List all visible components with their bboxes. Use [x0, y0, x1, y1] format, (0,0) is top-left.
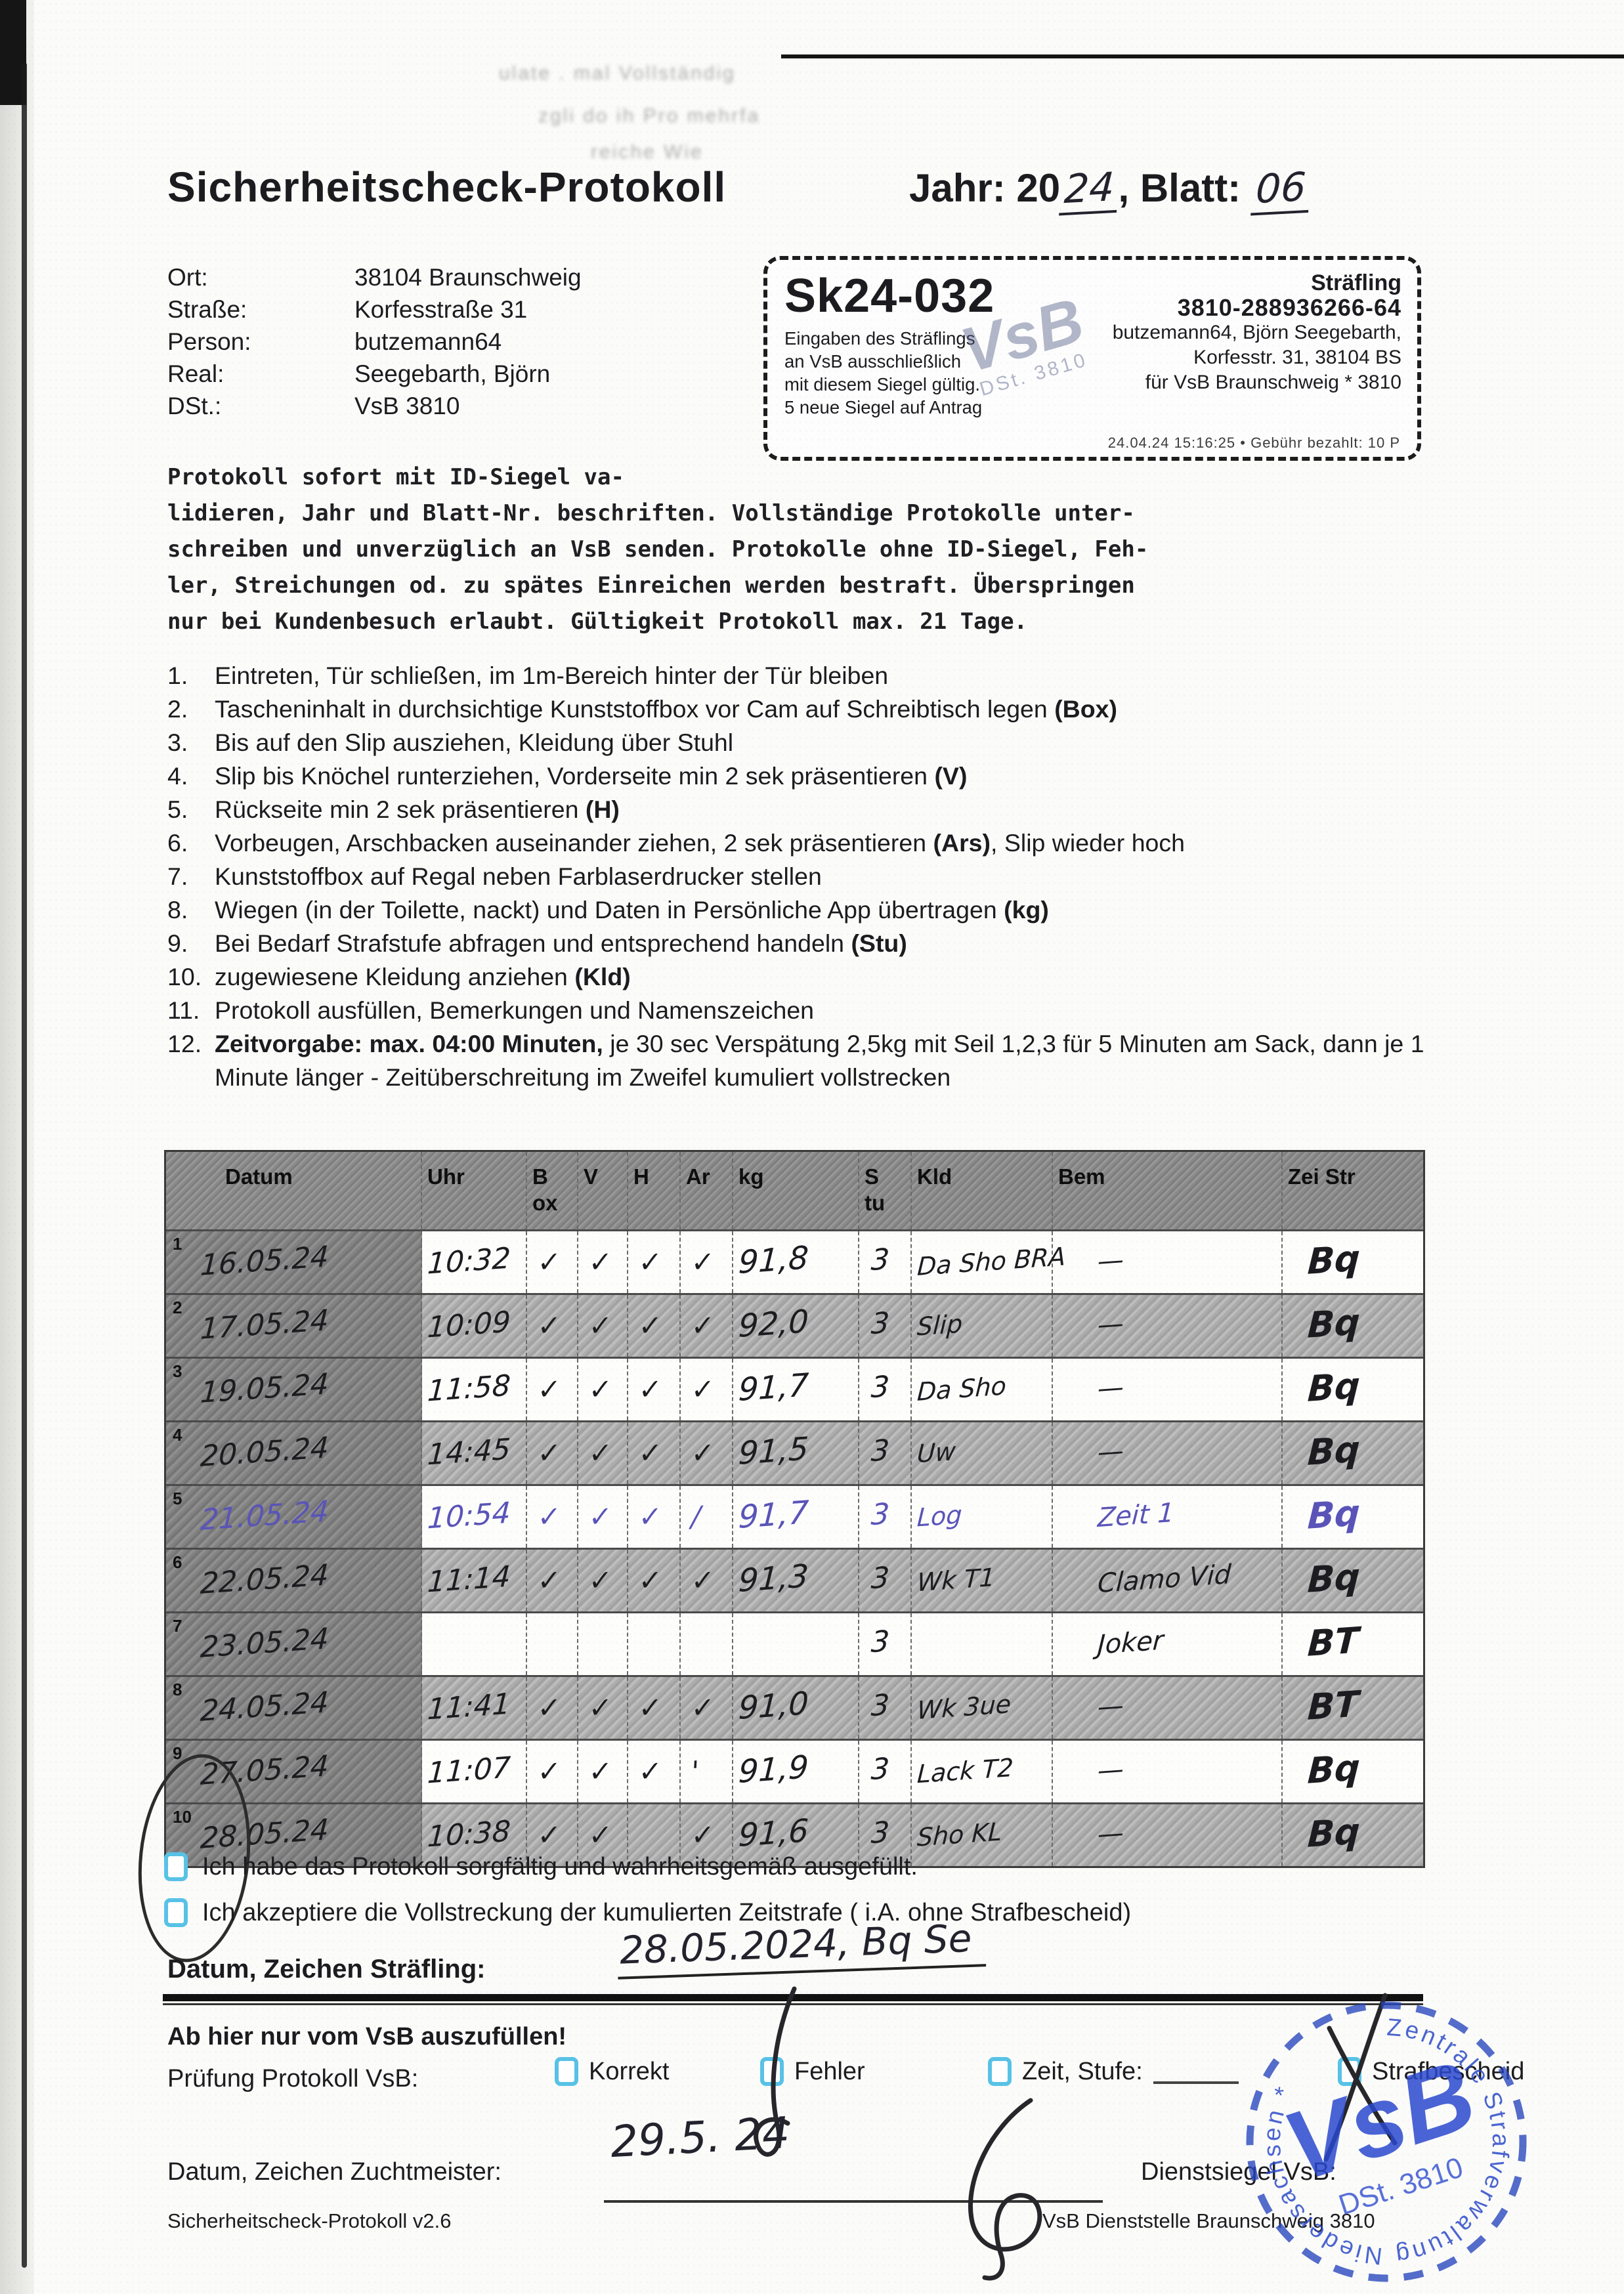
table-row: 824.05.2411:41✓✓✓✓91,03Wk 3ue—BT	[166, 1677, 1423, 1741]
table-cell: Bq	[1283, 1231, 1423, 1293]
table-cell: '	[681, 1741, 733, 1802]
seal-subject-line: Korfesstr. 31, 38104 BS	[1113, 345, 1401, 370]
procedure-step: 7.Kunststoffbox auf Regal neben Farblase…	[167, 860, 1428, 893]
table-cell: /	[681, 1486, 733, 1548]
table-cell: 10:09	[422, 1295, 527, 1357]
table-cell: 3	[859, 1359, 912, 1420]
address-row: Person:butzemann64	[167, 326, 582, 358]
row-number: 3	[173, 1361, 182, 1382]
row-number: 7	[173, 1616, 182, 1636]
zuchtmeister-signature	[919, 2087, 1090, 2284]
address-value: butzemann64	[354, 326, 502, 358]
table-cell: Bq	[1283, 1741, 1423, 1802]
step-number: 12.	[167, 1027, 215, 1094]
step-number: 5.	[167, 793, 215, 826]
intro-line: lidieren, Jahr und Blatt-Nr. beschriften…	[167, 496, 1434, 532]
step-number: 1.	[167, 659, 215, 692]
table-cell: ✓	[681, 1359, 733, 1420]
address-row: Ort:38104 Braunschweig	[167, 261, 582, 293]
table-cell: Bq	[1283, 1486, 1423, 1548]
table-cell: 11:58	[422, 1359, 527, 1420]
table-cell: Bq	[1283, 1359, 1423, 1420]
step-text: Vorbeugen, Arschbacken auseinander ziehe…	[215, 826, 1428, 860]
seal-subject-block: Sträfling 3810-288936266-64 butzemann64,…	[1113, 270, 1401, 395]
table-cell: 91,3	[733, 1550, 859, 1611]
step-text: Bis auf den Slip ausziehen, Kleidung übe…	[215, 726, 1428, 759]
step-text: Eintreten, Tür schließen, im 1m-Bereich …	[215, 659, 1428, 692]
row-number: 8	[173, 1680, 182, 1700]
seal-number: 3810-288936266-64	[1113, 295, 1401, 320]
procedure-step: 4.Slip bis Knöchel runterziehen, Vorders…	[167, 759, 1428, 793]
step-text: Slip bis Knöchel runterziehen, Vordersei…	[215, 759, 1428, 793]
procedure-steps-list: 1.Eintreten, Tür schließen, im 1m-Bereic…	[167, 659, 1428, 1094]
noise-fragment: reiche Wie	[591, 141, 704, 163]
table-cell: ✓	[628, 1295, 681, 1357]
table-cell: ✓	[628, 1422, 681, 1484]
table-cell: 10:54	[422, 1486, 527, 1548]
table-cell: 3	[859, 1550, 912, 1611]
row-number: 4	[173, 1425, 182, 1445]
table-row: 622.05.2411:14✓✓✓✓91,33Wk T1Clamo VidBq	[166, 1550, 1423, 1613]
table-cell: 10:32	[422, 1231, 527, 1293]
scan-top-rule	[781, 54, 1624, 58]
vsb-service-stamp: Zentrale Strafverwaltung Niedersachsen *…	[1222, 1987, 1550, 2294]
zeit-checkbox	[988, 2057, 1012, 2086]
table-cell: —	[1053, 1741, 1283, 1802]
procedure-step: 10.zugewiesene Kleidung anziehen (Kld)	[167, 960, 1428, 994]
table-cell: 11:41	[422, 1677, 527, 1739]
zuchtmeister-label: Datum, Zeichen Zuchtmeister:	[167, 2158, 502, 2186]
address-row: Straße:Korfesstraße 31	[167, 293, 582, 326]
table-cell: ✓	[527, 1677, 578, 1739]
table-cell: ✓	[578, 1486, 628, 1548]
table-cell: 91,5	[733, 1422, 859, 1484]
table-cell: Lack T2	[912, 1741, 1053, 1802]
table-cell	[628, 1613, 681, 1675]
table-row: 319.05.2411:58✓✓✓✓91,73Da Sho—Bq	[166, 1359, 1423, 1422]
address-value: VsB 3810	[354, 390, 459, 422]
step-text: zugewiesene Kleidung anziehen (Kld)	[215, 960, 1428, 994]
table-cell: 91,7	[733, 1486, 859, 1548]
table-header-cell: Box	[527, 1152, 578, 1229]
table-cell: —	[1053, 1359, 1283, 1420]
address-label: DSt.:	[167, 390, 354, 422]
table-cell: ✓	[527, 1295, 578, 1357]
table-header-cell: Bem	[1053, 1152, 1283, 1229]
table-cell: Wk 3ue	[912, 1677, 1053, 1739]
table-row: 420.05.2414:45✓✓✓✓91,53Uw—Bq	[166, 1422, 1423, 1486]
procedure-step: 5.Rückseite min 2 sek präsentieren (H)	[167, 793, 1428, 826]
step-number: 11.	[167, 994, 215, 1027]
korrekt-checkbox	[555, 2057, 578, 2086]
table-cell: Da Sho	[912, 1359, 1053, 1420]
table-cell: Bq	[1283, 1550, 1423, 1611]
table-cell: ✓	[527, 1359, 578, 1420]
table-cell: Bq	[1283, 1804, 1423, 1866]
confirm-checkbox-2	[164, 1898, 188, 1927]
table-header-cell: Kld	[912, 1152, 1053, 1229]
address-label: Ort:	[167, 261, 354, 293]
sheet-handwritten: 06	[1250, 164, 1311, 216]
table-cell: —	[1053, 1804, 1283, 1866]
table-cell: 3	[859, 1231, 912, 1293]
intro-line: schreiben und unverzüglich an VsB senden…	[167, 532, 1434, 568]
table-cell: 3	[859, 1677, 912, 1739]
scan-edge-strip	[0, 0, 34, 2294]
noise-fragment: zgli do ih Pro mehrfa	[538, 105, 760, 127]
table-cell: ✓	[681, 1550, 733, 1611]
row-number: 5	[173, 1489, 182, 1509]
table-header-cell: Datum	[166, 1152, 422, 1229]
table-cell: 3	[859, 1422, 912, 1484]
procedure-step: 1.Eintreten, Tür schließen, im 1m-Bereic…	[167, 659, 1428, 692]
address-row: Real:Seegebarth, Björn	[167, 358, 582, 390]
procedure-step: 11.Protokoll ausfüllen, Bemerkungen und …	[167, 994, 1428, 1027]
table-cell: ✓	[628, 1359, 681, 1420]
table-cell: Da Sho BRA	[912, 1231, 1053, 1293]
table-cell: Joker	[1053, 1613, 1283, 1675]
table-cell: ✓	[578, 1359, 628, 1420]
step-number: 8.	[167, 893, 215, 927]
table-cell: Bq	[1283, 1422, 1423, 1484]
table-header-row: DatumUhrBoxVHArkgStuKldBemZei Str	[166, 1152, 1423, 1231]
table-cell: ✓	[578, 1741, 628, 1802]
table-cell: 11:07	[422, 1741, 527, 1802]
table-header-cell: Zei Str	[1283, 1152, 1423, 1229]
table-cell: ✓	[681, 1422, 733, 1484]
procedure-step: 6.Vorbeugen, Arschbacken auseinander zie…	[167, 826, 1428, 860]
zeit-label: Zeit, Stufe:	[1022, 2058, 1143, 2086]
table-cell: 622.05.24	[166, 1550, 422, 1611]
address-value: Korfesstraße 31	[354, 293, 527, 326]
table-cell: 3	[859, 1295, 912, 1357]
korrekt-label: Korrekt	[589, 2058, 669, 2086]
table-cell: ✓	[628, 1486, 681, 1548]
address-label: Person:	[167, 326, 354, 358]
seal-subject-line: butzemann64, Björn Seegebarth,	[1113, 320, 1401, 345]
table-cell: 319.05.24	[166, 1359, 422, 1420]
step-number: 4.	[167, 759, 215, 793]
step-text: Kunststoffbox auf Regal neben Farblaserd…	[215, 860, 1428, 893]
table-cell	[912, 1613, 1053, 1675]
table-cell: ✓	[578, 1550, 628, 1611]
row-number: 6	[173, 1552, 182, 1573]
table-cell: Sho KL	[912, 1804, 1053, 1866]
table-cell: —	[1053, 1231, 1283, 1293]
address-row: DSt.:VsB 3810	[167, 390, 582, 422]
intro-line: ler, Streichungen od. zu spätes Einreich…	[167, 568, 1434, 604]
protocol-table: DatumUhrBoxVHArkgStuKldBemZei Str116.05.…	[164, 1150, 1425, 1868]
seal-role: Sträfling	[1113, 270, 1401, 295]
step-text: Bei Bedarf Strafstufe abfragen und entsp…	[215, 927, 1428, 960]
table-cell: BT	[1283, 1677, 1423, 1739]
table-cell: ✓	[527, 1422, 578, 1484]
table-cell: Zeit 1	[1053, 1486, 1283, 1548]
table-row: 723.05.243JokerBT	[166, 1613, 1423, 1677]
table-header-cell: Uhr	[422, 1152, 527, 1229]
option-korrekt: Korrekt	[555, 2057, 669, 2086]
confirm-checkbox-1	[164, 1852, 188, 1881]
prisoner-sign-label: Datum, Zeichen Sträfling:	[167, 1955, 486, 1984]
table-cell: ✓	[628, 1550, 681, 1611]
step-number: 10.	[167, 960, 215, 994]
table-row: 927.05.2411:07✓✓✓'91,93Lack T2—Bq	[166, 1741, 1423, 1804]
table-cell: —	[1053, 1422, 1283, 1484]
address-block: Ort:38104 BraunschweigStraße:Korfesstraß…	[167, 261, 582, 422]
step-text: Tascheninhalt in durchsichtige Kunststof…	[215, 692, 1428, 726]
table-cell: —	[1053, 1677, 1283, 1739]
id-seal-box: Sk24-032 Eingaben des Sträflingsan VsB a…	[763, 256, 1421, 461]
year-handwritten: 24	[1059, 164, 1119, 216]
table-cell: 14:45	[422, 1422, 527, 1484]
table-cell	[578, 1613, 628, 1675]
table-cell: ✓	[527, 1550, 578, 1611]
table-cell: Bq	[1283, 1295, 1423, 1357]
table-cell: ✓	[527, 1741, 578, 1802]
vsb-only-label: Ab hier nur vom VsB auszufüllen!	[167, 2023, 566, 2051]
confirm-label-1: Ich habe das Protokoll sorgfältig und wa…	[202, 1853, 918, 1881]
option-zeit-stufe: Zeit, Stufe:	[988, 2057, 1239, 2086]
year-prefix: Jahr: 20	[909, 166, 1060, 210]
table-cell: BT	[1283, 1613, 1423, 1675]
row-number: 1	[173, 1234, 182, 1254]
confirm-row-1: Ich habe das Protokoll sorgfältig und wa…	[164, 1852, 918, 1881]
address-value: 38104 Braunschweig	[354, 261, 582, 293]
table-cell: Slip	[912, 1295, 1053, 1357]
table-header-cell: kg	[733, 1152, 859, 1229]
intro-line: Protokoll sofort mit ID-Siegel va-	[167, 459, 1434, 496]
table-cell: ✓	[628, 1741, 681, 1802]
footer-version: Sicherheitscheck-Protokoll v2.6	[167, 2209, 451, 2233]
table-row: 521.05.2410:54✓✓✓/91,73LogZeit 1Bq	[166, 1486, 1423, 1550]
table-cell: 3	[859, 1741, 912, 1802]
procedure-step: 2.Tascheninhalt in durchsichtige Kunstst…	[167, 692, 1428, 726]
seal-subject-line: für VsB Braunschweig * 3810	[1113, 370, 1401, 395]
step-text: Zeitvorgabe: max. 04:00 Minuten, je 30 s…	[215, 1027, 1428, 1094]
confirm-row-2: Ich akzeptiere die Vollstreckung der kum…	[164, 1898, 1131, 1927]
table-cell: ✓	[628, 1677, 681, 1739]
procedure-step: 12.Zeitvorgabe: max. 04:00 Minuten, je 3…	[167, 1027, 1428, 1094]
table-cell: 116.05.24	[166, 1231, 422, 1293]
step-text: Rückseite min 2 sek präsentieren (H)	[215, 793, 1428, 826]
table-row: 217.05.2410:09✓✓✓✓92,03Slip—Bq	[166, 1295, 1423, 1359]
table-cell	[422, 1613, 527, 1675]
table-cell: 824.05.24	[166, 1677, 422, 1739]
sheet-prefix: , Blatt:	[1119, 166, 1241, 210]
pruefung-label: Prüfung Protokoll VsB:	[167, 2065, 418, 2093]
table-cell: 3	[859, 1486, 912, 1548]
year-sheet-line: Jahr: 2024, Blatt: 06	[909, 165, 1310, 214]
step-number: 7.	[167, 860, 215, 893]
table-cell: ✓	[681, 1295, 733, 1357]
zuchtmeister-date-handwriting: 29.5. 24	[609, 2108, 791, 2167]
table-cell: 420.05.24	[166, 1422, 422, 1484]
table-cell: 91,7	[733, 1359, 859, 1420]
scanned-document-page: ulate . mal Vollständigzgli do ih Pro me…	[0, 0, 1624, 2294]
intro-line: nur bei Kundenbesuch erlaubt. Gültigkeit…	[167, 604, 1434, 640]
intro-paragraph: Protokoll sofort mit ID-Siegel va-lidier…	[167, 459, 1434, 640]
seal-condition-line: 5 neue Siegel auf Antrag	[784, 396, 1403, 419]
table-cell: 723.05.24	[166, 1613, 422, 1675]
step-number: 3.	[167, 726, 215, 759]
table-cell: ✓	[527, 1231, 578, 1293]
noise-fragment: ulate . mal Vollständig	[499, 62, 736, 85]
table-cell: ✓	[578, 1677, 628, 1739]
table-header-cell: Ar	[681, 1152, 733, 1229]
table-cell: 92,0	[733, 1295, 859, 1357]
table-cell: Uw	[912, 1422, 1053, 1484]
table-cell: ✓	[578, 1422, 628, 1484]
seal-timestamp: 24.04.24 15:16:25 • Gebühr bezahlt: 10 P	[1108, 435, 1400, 452]
row-number: 9	[173, 1743, 182, 1764]
table-cell: 217.05.24	[166, 1295, 422, 1357]
table-cell: Wk T1	[912, 1550, 1053, 1611]
table-header-cell: V	[578, 1152, 628, 1229]
address-label: Straße:	[167, 293, 354, 326]
step-text: Wiegen (in der Toilette, nackt) und Date…	[215, 893, 1428, 927]
scan-line-artifact	[22, 62, 27, 2268]
table-row: 116.05.2410:32✓✓✓✓91,83Da Sho BRA—Bq	[166, 1231, 1423, 1295]
procedure-step: 8.Wiegen (in der Toilette, nackt) und Da…	[167, 893, 1428, 927]
table-cell: ✓	[527, 1486, 578, 1548]
row-number: 2	[173, 1298, 182, 1318]
table-cell: ✓	[681, 1231, 733, 1293]
table-cell: —	[1053, 1295, 1283, 1357]
confirm-label-2: Ich akzeptiere die Vollstreckung der kum…	[202, 1899, 1131, 1927]
table-cell: ✓	[578, 1295, 628, 1357]
table-cell	[527, 1613, 578, 1675]
page-title: Sicherheitscheck-Protokoll	[167, 163, 726, 211]
procedure-step: 3.Bis auf den Slip ausziehen, Kleidung ü…	[167, 726, 1428, 759]
table-cell: Clamo Vid	[1053, 1550, 1283, 1611]
table-cell: 3	[859, 1613, 912, 1675]
table-cell: ✓	[578, 1231, 628, 1293]
table-cell: 521.05.24	[166, 1486, 422, 1548]
table-cell: Log	[912, 1486, 1053, 1548]
table-header-cell: H	[628, 1152, 681, 1229]
procedure-step: 9.Bei Bedarf Strafstufe abfragen und ent…	[167, 927, 1428, 960]
table-cell: ✓	[681, 1677, 733, 1739]
address-value: Seegebarth, Björn	[354, 358, 550, 390]
table-cell: 11:14	[422, 1550, 527, 1611]
table-cell	[681, 1613, 733, 1675]
table-cell: 91,8	[733, 1231, 859, 1293]
table-cell	[733, 1613, 859, 1675]
step-text: Protokoll ausfüllen, Bemerkungen und Nam…	[215, 994, 1428, 1027]
table-cell: 91,0	[733, 1677, 859, 1739]
table-header-cell: Stu	[859, 1152, 912, 1229]
step-number: 6.	[167, 826, 215, 860]
table-cell: 91,9	[733, 1741, 859, 1802]
address-label: Real:	[167, 358, 354, 390]
table-cell: ✓	[628, 1231, 681, 1293]
seal-subject-lines: butzemann64, Björn Seegebarth,Korfesstr.…	[1113, 320, 1401, 395]
step-number: 2.	[167, 692, 215, 726]
step-number: 9.	[167, 927, 215, 960]
